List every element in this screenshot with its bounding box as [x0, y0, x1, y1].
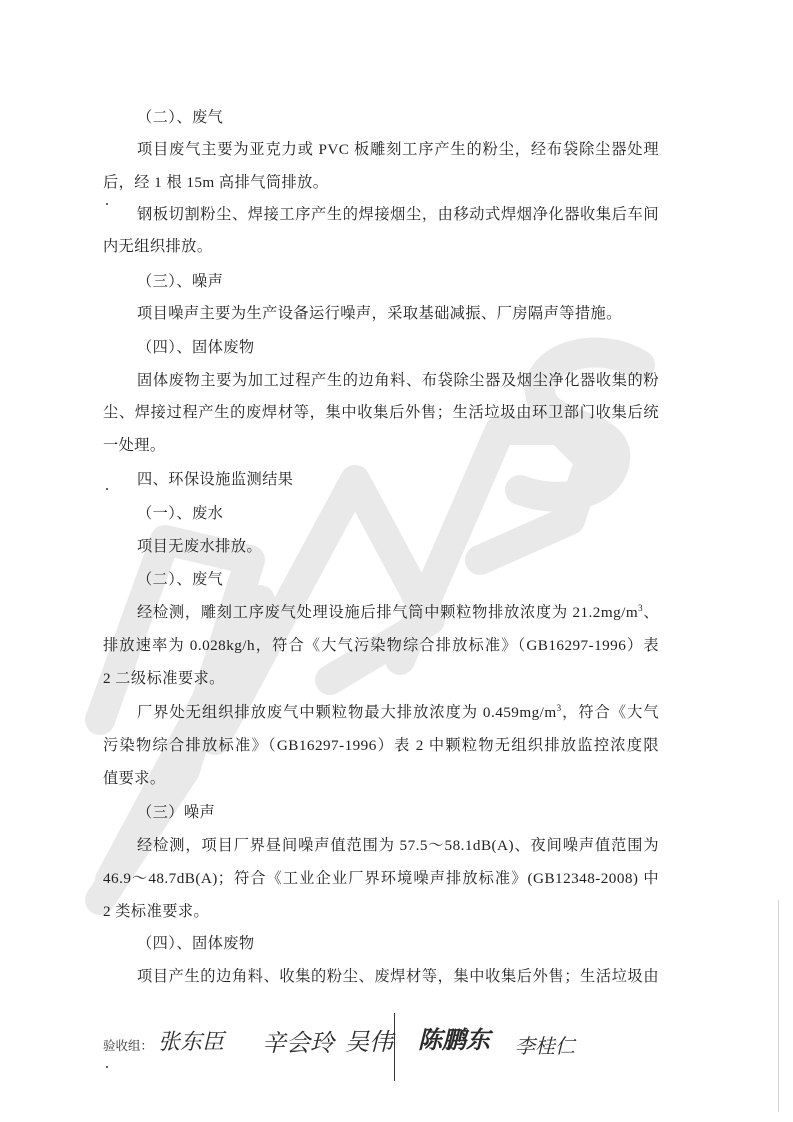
signature: 张东臣: [158, 1025, 224, 1056]
paragraph-line: 项目产生的边角料、收集的粉尘、废焊材等，集中收集后外售；生活垃圾由: [137, 967, 659, 987]
subheading-solid-waste: （四）、固体废物: [137, 338, 537, 358]
signature: 陈鹏东: [418, 1020, 490, 1055]
signature: 李桂仁: [515, 1030, 575, 1059]
subheading-solid-waste-results: （四）、固体废物: [137, 934, 537, 954]
scan-dot: [106, 1066, 108, 1068]
document-page: （二）、废气 项目废气主要为亚克力或 PVC 板雕刻工序产生的粉尘，经布袋除尘器…: [0, 0, 793, 1122]
paragraph-line: 值要求。: [103, 769, 659, 789]
paragraph-line: 排放速率为 0.028kg/h，符合《大气污染物综合排放标准》（GB16297-…: [103, 636, 659, 656]
paragraph-line: 项目无废水排放。: [137, 537, 537, 557]
scan-dot: [106, 203, 108, 205]
paragraph-line: 后，经 1 根 15m 高排气筒排放。: [103, 173, 659, 193]
section-heading-monitoring-results: 四、环保设施监测结果: [137, 470, 537, 490]
text-segment: 经检测，雕刻工序废气处理设施后排气筒中颗粒物排放浓度为 21.2mg/m: [137, 604, 638, 621]
paragraph-line: 经检测，雕刻工序废气处理设施后排气筒中颗粒物排放浓度为 21.2mg/m3、: [137, 603, 659, 623]
subheading-waste-gas: （二）、废气: [137, 108, 537, 128]
paragraph-line: 钢板切割粉尘、焊接工序产生的焊接烟尘，由移动式焊烟净化器收集后车间: [137, 205, 659, 225]
paragraph-line: 内无组织排放。: [103, 237, 659, 257]
subheading-noise-results: （三）噪声: [137, 803, 537, 823]
paragraph-line: 项目噪声主要为生产设备运行噪声，采取基础减振、厂房隔声等措施。: [137, 304, 659, 324]
paragraph-line: 2 二级标准要求。: [103, 669, 659, 689]
signature: 辛会玲: [262, 1023, 334, 1058]
text-segment: 厂界处无组织排放废气中颗粒物最大排放浓度为 0.459mg/m: [137, 704, 557, 721]
text-segment: 、: [643, 604, 659, 621]
subheading-noise: （三）、噪声: [137, 272, 537, 292]
paragraph-line: 项目废气主要为亚克力或 PVC 板雕刻工序产生的粉尘，经布袋除尘器处理: [137, 140, 659, 160]
paragraph-line: 固体废物主要为加工过程产生的边角料、布袋除尘器及烟尘净化器收集的粉: [137, 371, 659, 391]
scan-edge-line: [778, 900, 779, 1112]
signature-label: 验收组：: [103, 1036, 153, 1054]
paragraph-line: 污染物综合排放标准》（GB16297-1996）表 2 中颗粒物无组织排放监控浓…: [103, 736, 659, 756]
subheading-wastewater: （一）、废水: [137, 504, 537, 524]
paragraph-line: 经检测，项目厂界昼间噪声值范围为 57.5～58.1dB(A)、夜间噪声值范围为: [137, 836, 659, 856]
signature: 吴伟: [345, 1022, 393, 1057]
paragraph-line: 2 类标准要求。: [103, 902, 659, 922]
signature-stroke: [394, 1013, 395, 1081]
paragraph-line: 一处理。: [103, 436, 659, 456]
subheading-waste-gas-results: （二）、废气: [137, 570, 537, 590]
paragraph-line: 尘、焊接过程产生的废焊材等，集中收集后外售；生活垃圾由环卫部门收集后统: [103, 403, 659, 423]
text-segment: ，符合《大气: [562, 704, 659, 721]
paragraph-line: 46.9～48.7dB(A)；符合《工业企业厂界环境噪声排放标准》(GB1234…: [103, 869, 659, 889]
scan-dot: [106, 488, 108, 490]
paragraph-line: 厂界处无组织排放废气中颗粒物最大排放浓度为 0.459mg/m3，符合《大气: [137, 703, 659, 723]
